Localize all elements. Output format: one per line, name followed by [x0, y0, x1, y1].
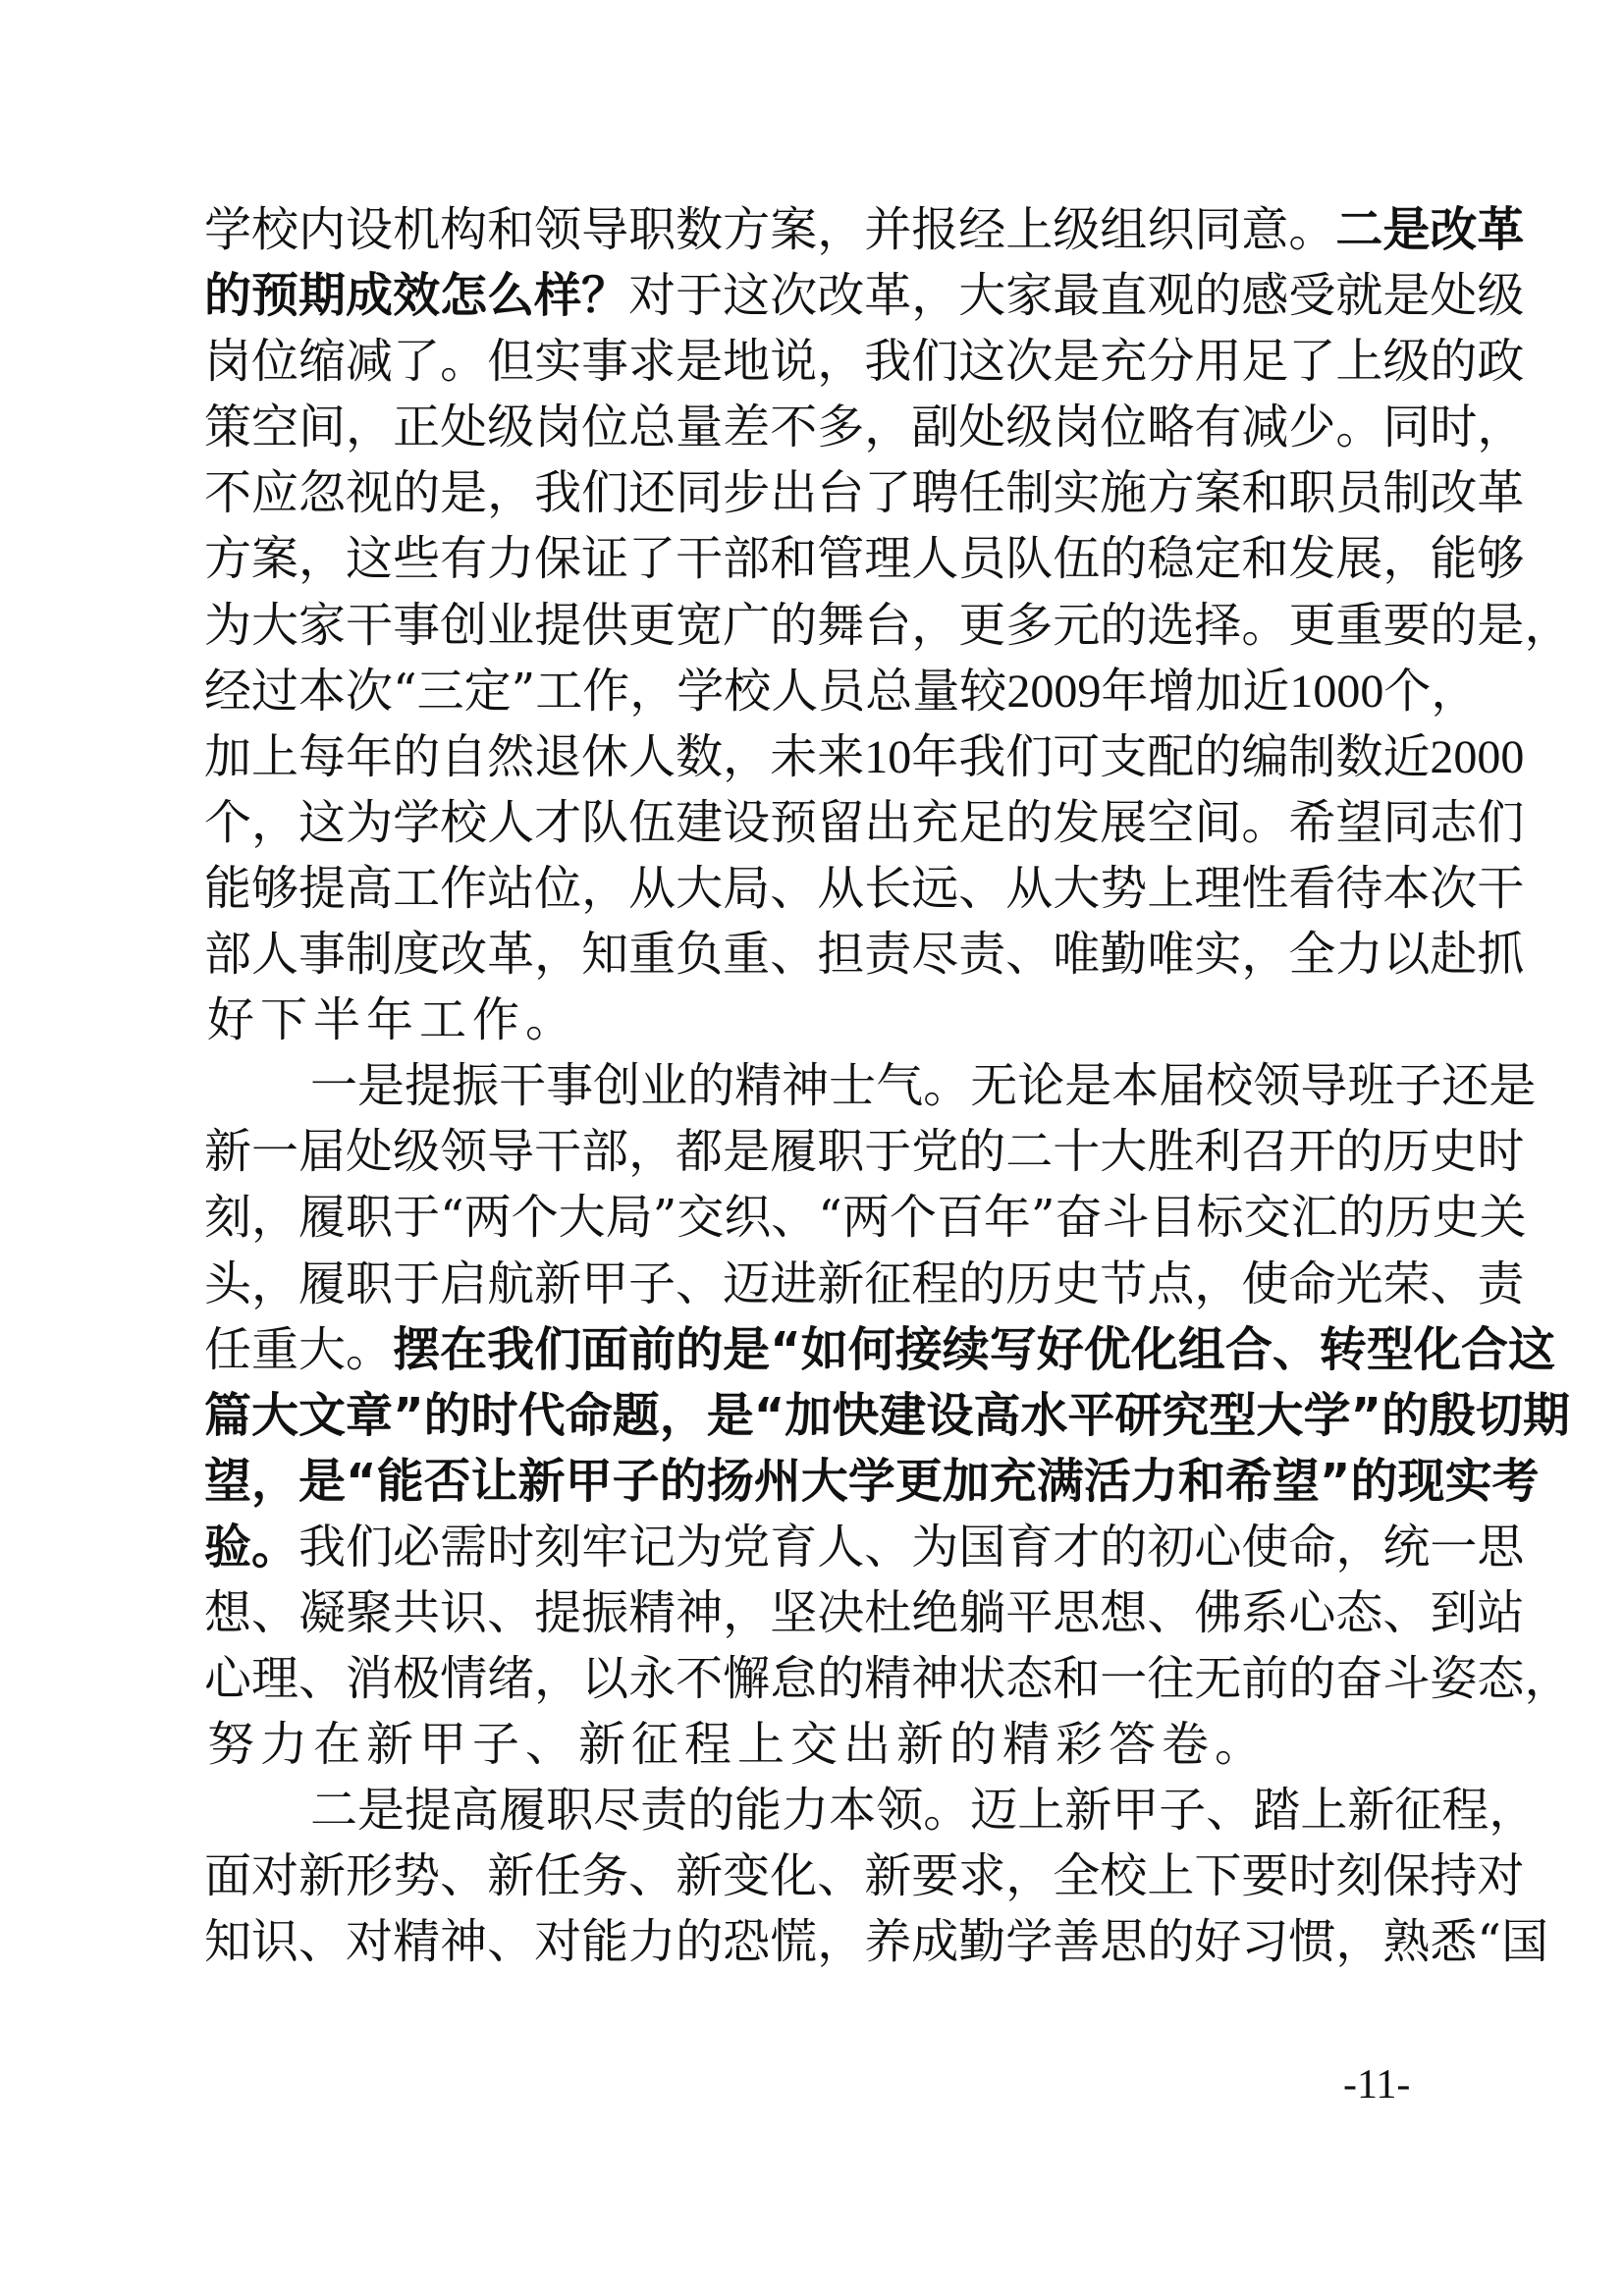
text-line: 一是提振干事创业的精神士气。无论是本届校领导班子还是: [204, 1053, 1426, 1119]
text-line: 学校内设机构和领导职数方案，并报经上级组织同意。二是改革: [204, 197, 1426, 263]
text-line: 好下半年工作。: [204, 988, 1426, 1053]
text-line: 的预期成效怎么样？对于这次改革，大家最直观的感受就是处级: [204, 263, 1426, 329]
text-line: 验。我们必需时刻牢记为党育人、为国育才的初心使命，统一思: [204, 1515, 1426, 1580]
text-line: 个，这为学校人才队伍建设预留出充足的发展空间。希望同志们: [204, 790, 1426, 856]
text-line: 二是提高履职尽责的能力本领。迈上新甲子、踏上新征程，: [204, 1778, 1426, 1843]
text-line: 新一届处级领导干部，都是履职于党的二十大胜利召开的历史时: [204, 1119, 1426, 1185]
text-line: 头，履职于启航新甲子、迈进新征程的历史节点，使命光荣、责: [204, 1252, 1426, 1317]
text-line: 刻，履职于“两个大局”交织、“两个百年”奋斗目标交汇的历史关: [204, 1185, 1426, 1251]
text-line: 知识、对精神、对能力的恐慌，养成勤学善思的好习惯，熟悉“国: [204, 1909, 1426, 1975]
text-line: 努力在新甲子、新征程上交出新的精彩答卷。: [204, 1712, 1426, 1778]
text-line: 岗位缩减了。但实事求是地说，我们这次是充分用足了上级的政: [204, 329, 1426, 395]
text-line: 方案，这些有力保证了干部和管理人员队伍的稳定和发展，能够: [204, 526, 1426, 592]
text-line: 加上每年的自然退休人数，未来10年我们可支配的编制数近2000: [204, 724, 1426, 790]
text-line: 经过本次“三定”工作，学校人员总量较2009年增加近1000个，: [204, 659, 1426, 724]
text-line: 能够提高工作站位，从大局、从长远、从大势上理性看待本次干: [204, 856, 1426, 922]
text-line: 部人事制度改革，知重负重、担责尽责、唯勤唯实，全力以赴抓: [204, 922, 1426, 988]
page-number: -11-: [1343, 2061, 1410, 2109]
text-line: 面对新形势、新任务、新变化、新要求，全校上下要时刻保持对: [204, 1843, 1426, 1909]
text-line: 为大家干事创业提供更宽广的舞台，更多元的选择。更重要的是，: [204, 593, 1426, 659]
text-line: 心理、消极情绪，以永不懈怠的精神状态和一往无前的奋斗姿态，: [204, 1646, 1426, 1712]
text-line: 想、凝聚共识、提振精神，坚决杜绝躺平思想、佛系心态、到站: [204, 1580, 1426, 1646]
text-line: 策空间，正处级岗位总量差不多，副处级岗位略有减少。同时，: [204, 395, 1426, 460]
text-line: 篇大文章”的时代命题，是“加快建设高水平研究型大学”的殷切期: [204, 1383, 1426, 1449]
text-line: 望，是“能否让新甲子的扬州大学更加充满活力和希望”的现实考: [204, 1449, 1426, 1515]
document-body: 学校内设机构和领导职数方案，并报经上级组织同意。二是改革的预期成效怎么样？对于这…: [204, 197, 1426, 1976]
text-line: 任重大。摆在我们面前的是“如何接续写好优化组合、转型化合这: [204, 1317, 1426, 1383]
text-line: 不应忽视的是，我们还同步出台了聘任制实施方案和职员制改革: [204, 460, 1426, 526]
